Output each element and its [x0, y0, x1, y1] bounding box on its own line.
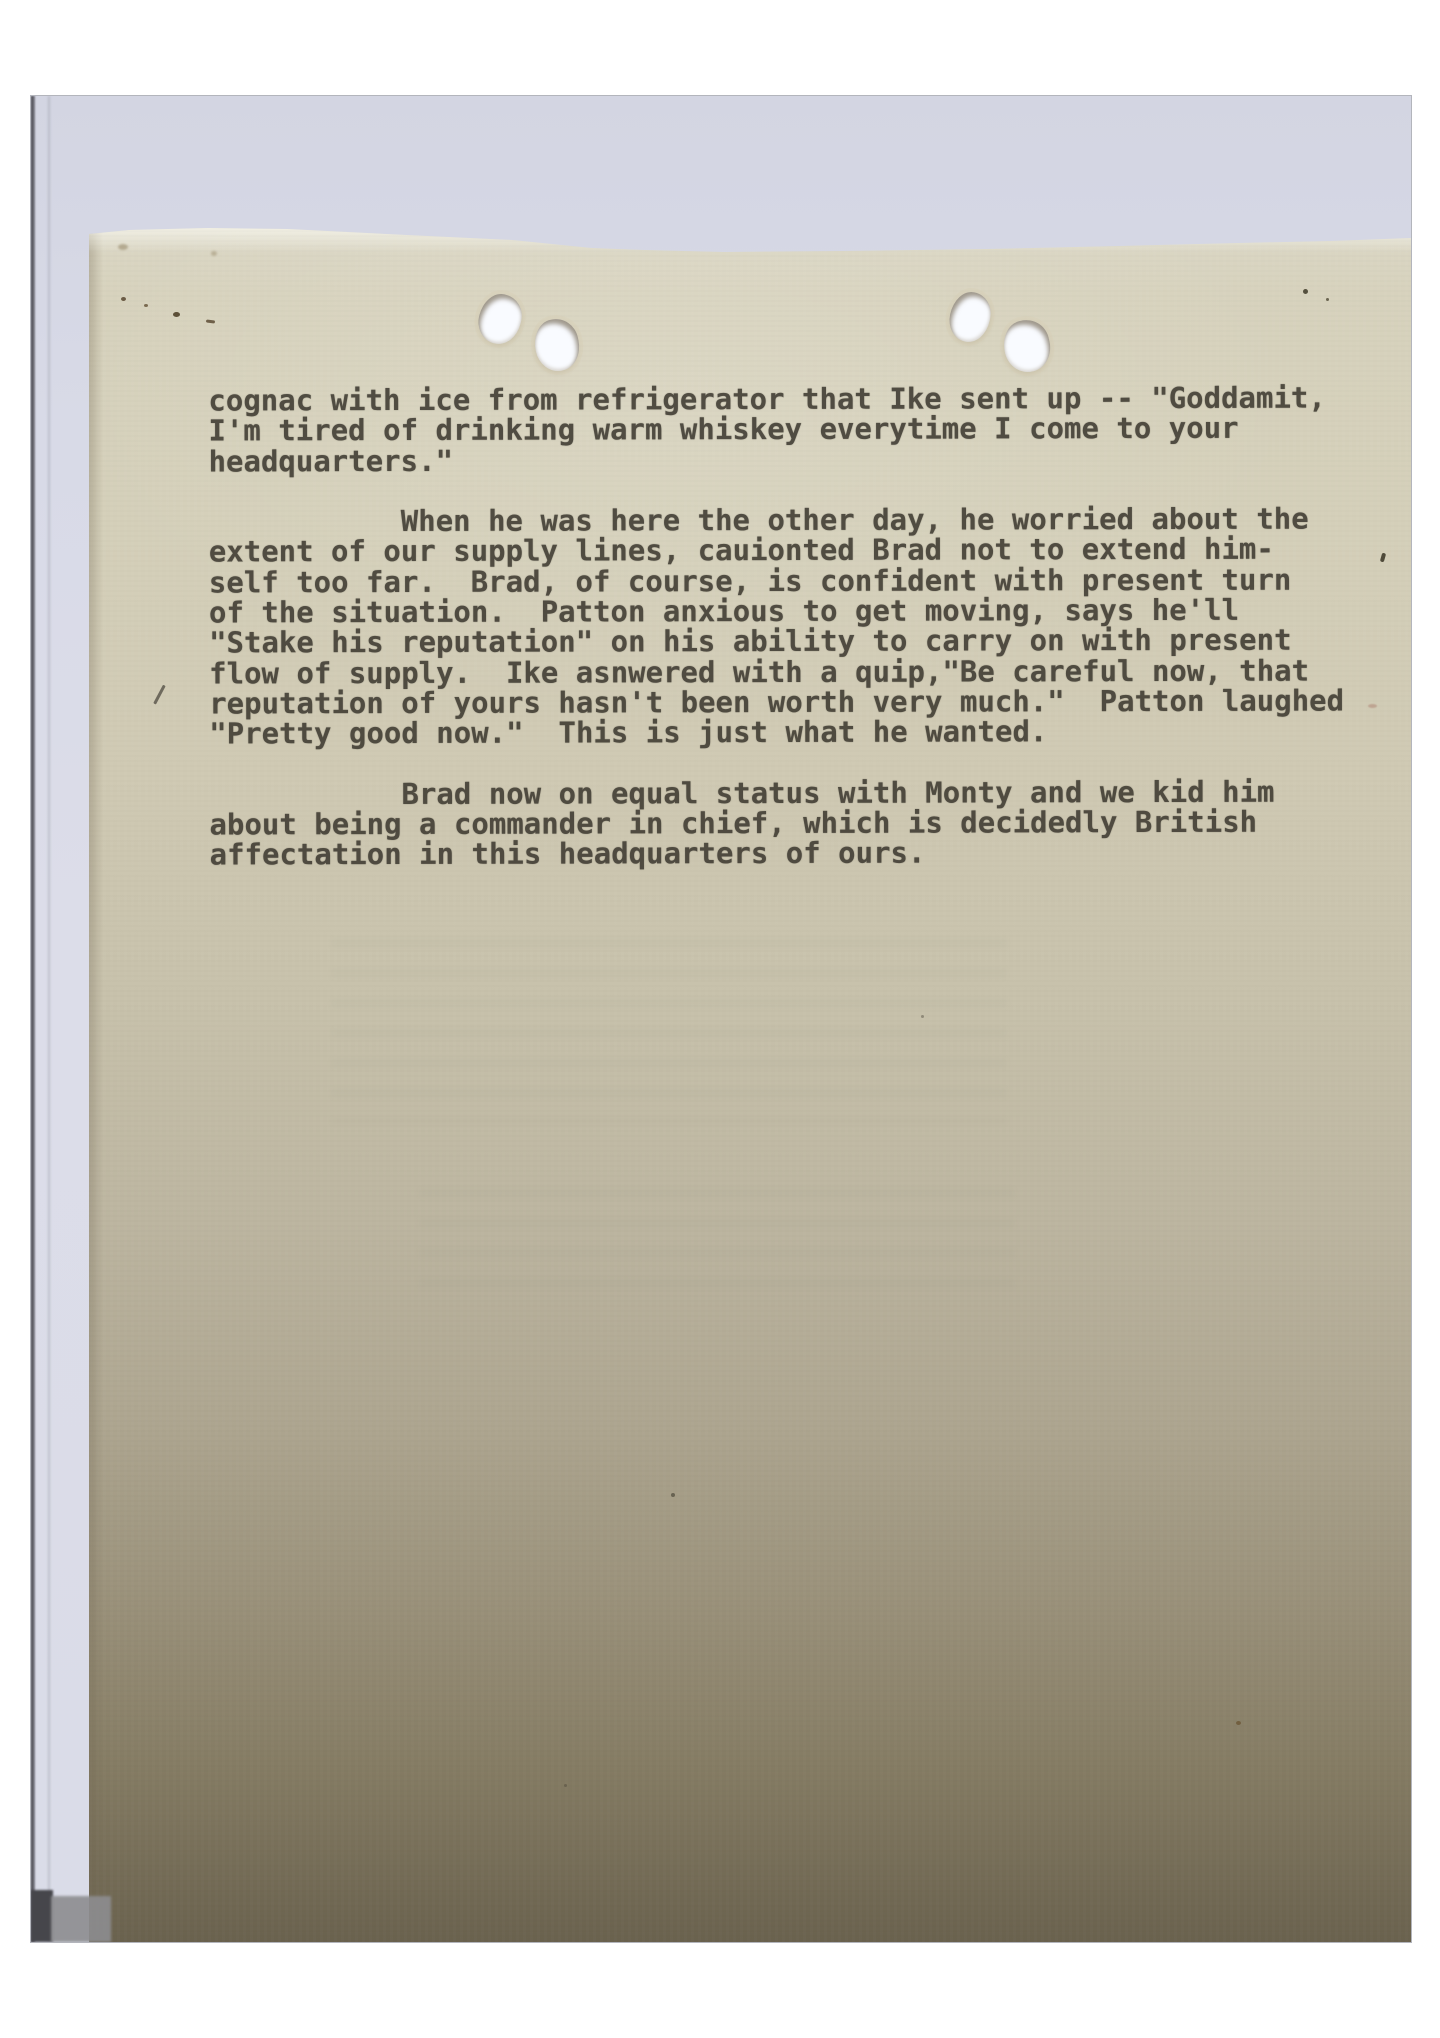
speck	[564, 1784, 567, 1787]
speck	[121, 297, 126, 301]
stain	[211, 251, 217, 256]
bleed-through-ghost-text	[419, 1188, 1015, 1300]
speck	[144, 304, 148, 307]
bleed-through-ghost-text	[331, 938, 1007, 1124]
paper-page: cognac with ice from refrigerator that I…	[89, 226, 1411, 1942]
speck	[173, 312, 180, 317]
stray-mark	[1368, 704, 1377, 708]
scan-left-edge-shadow	[31, 96, 36, 1942]
speck	[1236, 1721, 1241, 1725]
typed-body-text: cognac with ice from refrigerator that I…	[208, 383, 1344, 871]
scanned-document-page: cognac with ice from refrigerator that I…	[0, 0, 1440, 2038]
bottom-left-page-edge	[51, 1896, 111, 1942]
stain	[118, 244, 128, 250]
speck	[1303, 289, 1308, 294]
speck	[1326, 298, 1329, 301]
underlying-page-edge	[48, 96, 50, 1942]
bottom-left-shadow-patch	[31, 1890, 53, 1942]
speck	[671, 1493, 675, 1497]
scan-area: cognac with ice from refrigerator that I…	[30, 95, 1412, 1943]
speck	[921, 1015, 924, 1018]
